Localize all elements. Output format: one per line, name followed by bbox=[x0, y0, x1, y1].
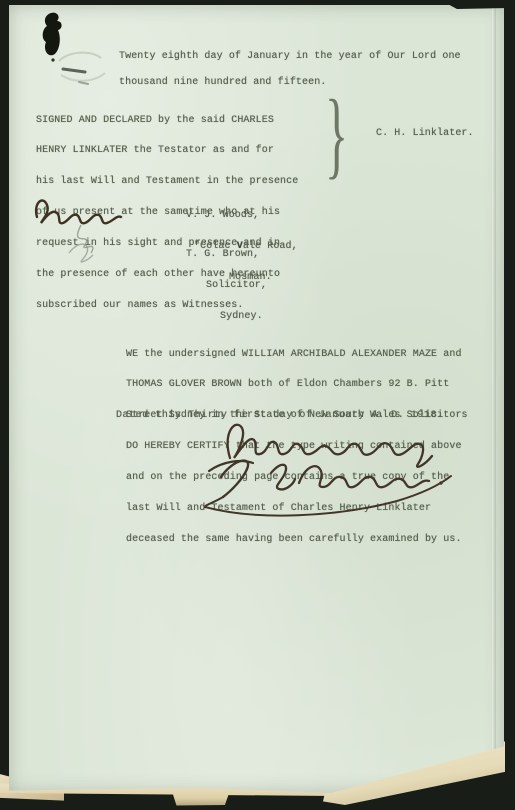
witness-brown-name: T. G. Brown, bbox=[186, 250, 267, 260]
attestation-brace: } bbox=[325, 91, 348, 177]
attestation-line: HENRY LINKLATER the Testator as and for bbox=[36, 146, 298, 156]
certification-line: WE the undersigned WILLIAM ARCHIBALD ALE… bbox=[126, 350, 468, 360]
testator-signature-typed: C. H. Linklater. bbox=[376, 129, 474, 139]
opening-line-1: Twenty eighth day of January in the year… bbox=[119, 52, 461, 62]
witness-woods-name: V. J. Woods, bbox=[186, 211, 298, 221]
opening-line-2: thousand nine hundred and fifteen. bbox=[119, 78, 326, 88]
witness-brown-title: Solicitor, bbox=[186, 281, 267, 291]
witness-ink-initials-signature bbox=[29, 187, 149, 271]
brown-signature bbox=[187, 443, 477, 523]
document-page: Twenty eighth day of January in the year… bbox=[9, 5, 504, 793]
attestation-line: SIGNED AND DECLARED by the said CHARLES bbox=[36, 116, 298, 126]
certification-line: deceased the same having been carefully … bbox=[126, 535, 468, 545]
page-crease bbox=[492, 5, 496, 793]
scanned-document: Twenty eighth day of January in the year… bbox=[0, 0, 515, 810]
certification-line: THOMAS GLOVER BROWN both of Eldon Chambe… bbox=[126, 380, 468, 390]
embossed-seal-mark bbox=[49, 45, 119, 91]
witness-brown-city: Sydney. bbox=[186, 312, 267, 322]
witness-brown-block: T. G. Brown, Solicitor, Sydney. bbox=[186, 230, 267, 342]
